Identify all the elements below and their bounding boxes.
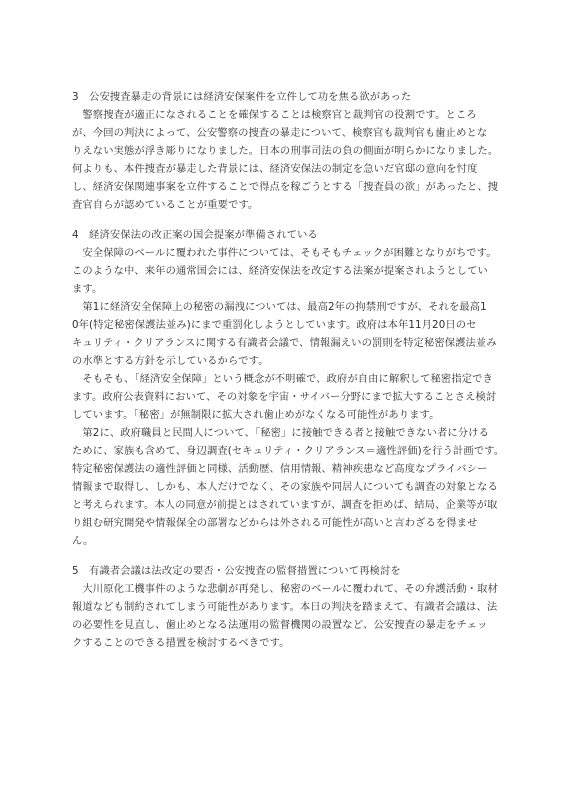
text-line: 特定秘密保護法の適性評価と同様、活動歴、信用情報、精神疾患など高度なプライバシー xyxy=(72,460,510,478)
text-line: 安全保障のベールに覆われた事件については、そもそもチェックが困難となりがちです。 xyxy=(72,244,510,262)
text-line: 何よりも、本件捜査が暴走した背景には、経済安保法の制定を急いだ官邸の意向を忖度 xyxy=(72,160,510,178)
paragraph: 警察捜査が適正になされることを確保することは検察官と裁判官の役割です。ところが、… xyxy=(72,106,510,214)
paragraph: 第1に経済安全保障上の秘密の漏洩については、最高2年の拘禁刑ですが、それを最高1… xyxy=(72,298,510,370)
text-line: ます。 xyxy=(72,280,510,298)
text-line: の必要性を見直し、歯止めとなる法運用の監督機関の設置など、公安捜査の暴走をチェッ xyxy=(72,616,510,634)
text-line: そもそも、「経済安全保障」という概念が不明確で、政府が自由に解釈して秘密指定でき xyxy=(72,370,510,388)
text-line: が、今回の判決によって、公安警察の捜査の暴走について、検察官も裁判官も歯止めとな xyxy=(72,124,510,142)
text-line: ます。政府公表資料において、その対象を宇宙・サイバー分野にまで拡大することさえ検… xyxy=(72,388,510,406)
document-content: 3 公安捜査暴走の背景には経済安保案件を立件して功を焦る欲があった 警察捜査が適… xyxy=(72,88,510,652)
text-line: このような中、来年の通常国会には、経済安保法を改定する法案が提案されようとしてい xyxy=(72,262,510,280)
document-page: 3 公安捜査暴走の背景には経済安保案件を立件して功を焦る欲があった 警察捜査が適… xyxy=(0,0,566,800)
text-line: しています。「秘密」が無制限に拡大され歯止めがなくなる可能性があります。 xyxy=(72,406,510,424)
text-line: 査官自らが認めていることが重要です。 xyxy=(72,196,510,214)
text-line: 警察捜査が適正になされることを確保することは検察官と裁判官の役割です。ところ xyxy=(72,106,510,124)
text-line: ために、家族も含めて、身辺調査(セキュリティ・クリアランス＝適性評価)を行う計画… xyxy=(72,442,510,460)
text-line: 0年(特定秘密保護法並み)にまで重罰化しようとしています。政府は本年11月20日… xyxy=(72,316,510,334)
section-heading: 5 有識者会議は法改定の要否・公安捜査の監督措置について再検討を xyxy=(72,562,510,580)
text-line: りえない実態が浮き彫りになりました。日本の刑事司法の負の側面が明らかになりました… xyxy=(72,142,510,160)
text-line: クすることのできる措置を検討するべきです。 xyxy=(72,634,510,652)
paragraph: 安全保障のベールに覆われた事件については、そもそもチェックが困難となりがちです。… xyxy=(72,244,510,298)
paragraph: そもそも、「経済安全保障」という概念が不明確で、政府が自由に解釈して秘密指定でき… xyxy=(72,370,510,424)
text-line: 情報まで取得し、しかも、本人だけでなく、その家族や同居人についても調査の対象とな… xyxy=(72,478,510,496)
document-section-3: 3 公安捜査暴走の背景には経済安保案件を立件して功を焦る欲があった 警察捜査が適… xyxy=(72,88,510,214)
document-section-5: 5 有識者会議は法改定の要否・公安捜査の監督措置について再検討を 大川原化工機事… xyxy=(72,562,510,652)
paragraph: 第2に、政府職員と民間人について、「秘密」に接触できる者と接触できない者に分ける… xyxy=(72,424,510,550)
section-heading: 3 公安捜査暴走の背景には経済安保案件を立件して功を焦る欲があった xyxy=(72,88,510,106)
text-line: キュリティ・クリアランスに関する有識者会議で、情報漏えいの罰則を特定秘密保護法並… xyxy=(72,334,510,352)
text-line: し、経済安保関連事案を立件することで得点を稼ごうとする「捜査員の欲」があったと、… xyxy=(72,178,510,196)
text-line: 大川原化工機事件のような悲劇が再発し、秘密のベールに覆われて、その弁護活動・取材 xyxy=(72,580,510,598)
text-line: の水準とする方針を示しているからです。 xyxy=(72,352,510,370)
text-line: 第2に、政府職員と民間人について、「秘密」に接触できる者と接触できない者に分ける xyxy=(72,424,510,442)
text-line: と考えられます。本人の同意が前提とはされていますが、調査を拒めば、結局、企業等が… xyxy=(72,496,510,514)
document-section-4: 4 経済安保法の改正案の国会提案が準備されている 安全保障のベールに覆われた事件… xyxy=(72,226,510,550)
text-line: 報道なども制約されてしまう可能性があります。本日の判決を踏まえて、有識者会議は、… xyxy=(72,598,510,616)
text-line: ん。 xyxy=(72,532,510,550)
text-line: り組む研究開発や情報保全の部署などからは外される可能性が高いと言わざるを得ませ xyxy=(72,514,510,532)
paragraph: 大川原化工機事件のような悲劇が再発し、秘密のベールに覆われて、その弁護活動・取材… xyxy=(72,580,510,652)
text-line: 第1に経済安全保障上の秘密の漏洩については、最高2年の拘禁刑ですが、それを最高1 xyxy=(72,298,510,316)
section-heading: 4 経済安保法の改正案の国会提案が準備されている xyxy=(72,226,510,244)
